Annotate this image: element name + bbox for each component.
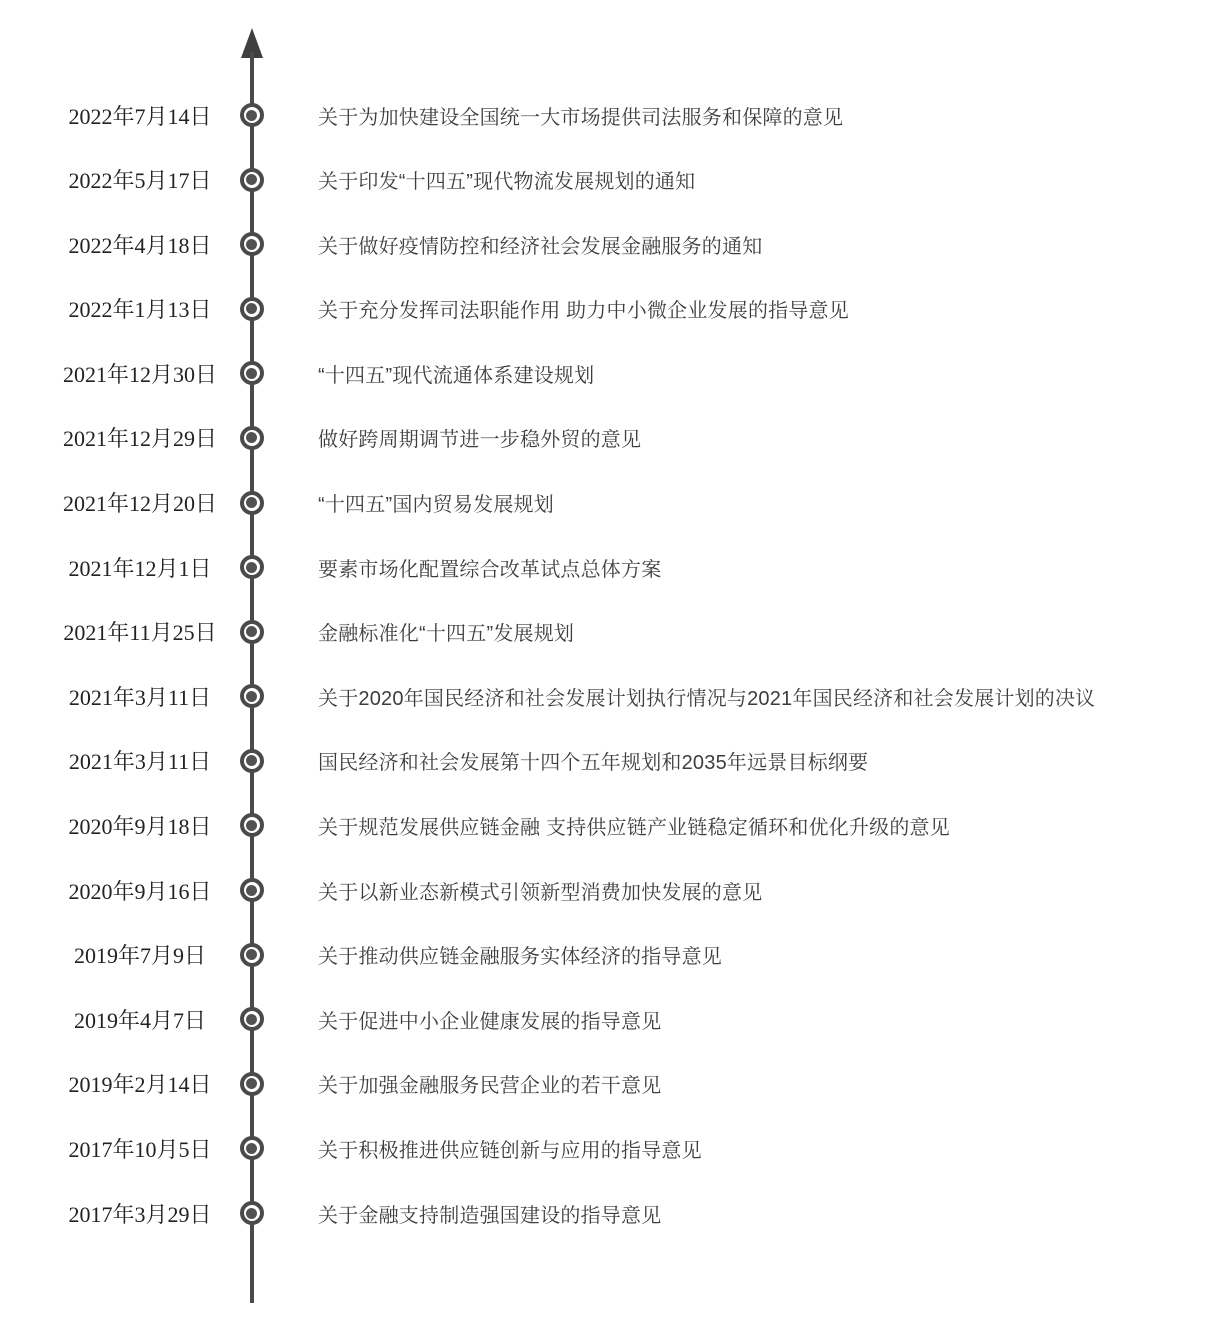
timeline-title-label: 关于积极推进供应链创新与应用的指导意见 — [318, 1134, 1189, 1163]
timeline-row: 2019年2月14日 关于加强金融服务民营企业的若干意见 — [0, 1052, 1209, 1116]
timeline-row: 2021年12月20日 “十四五”国内贸易发展规划 — [0, 471, 1209, 535]
timeline-node-icon — [240, 684, 264, 708]
timeline-title-label: 关于金融支持制造强国建设的指导意见 — [318, 1199, 1189, 1228]
timeline-date-label: 2022年5月17日 — [48, 164, 232, 195]
timeline-date-label: 2021年12月1日 — [48, 552, 232, 583]
timeline-row: 2019年4月7日 关于促进中小企业健康发展的指导意见 — [0, 987, 1209, 1051]
timeline-node-dot-icon — [246, 562, 257, 573]
timeline-title-label: 国民经济和社会发展第十四个五年规划和2035年远景目标纲要 — [318, 746, 1189, 775]
timeline-title-label: 关于加强金融服务民营企业的若干意见 — [318, 1069, 1189, 1098]
timeline-node-dot-icon — [246, 432, 257, 443]
timeline-node-icon — [240, 103, 264, 127]
timeline-node-icon — [240, 943, 264, 967]
timeline-node-icon — [240, 1072, 264, 1096]
timeline-node-icon — [240, 361, 264, 385]
timeline-title-label: 关于促进中小企业健康发展的指导意见 — [318, 1005, 1189, 1034]
timeline-node-dot-icon — [246, 691, 257, 702]
timeline-node-dot-icon — [246, 1014, 257, 1025]
timeline-row: 2021年12月30日 “十四五”现代流通体系建设规划 — [0, 341, 1209, 405]
timeline-row: 2022年4月18日 关于做好疫情防控和经济社会发展金融服务的通知 — [0, 212, 1209, 276]
timeline-node-dot-icon — [246, 174, 257, 185]
timeline-node-dot-icon — [246, 820, 257, 831]
timeline-node-dot-icon — [246, 1143, 257, 1154]
timeline-date-label: 2021年3月11日 — [48, 681, 232, 712]
timeline-node-dot-icon — [246, 110, 257, 121]
timeline-title-label: 做好跨周期调节进一步稳外贸的意见 — [318, 423, 1189, 452]
timeline-node-dot-icon — [246, 303, 257, 314]
timeline-row: 2019年7月9日 关于推动供应链金融服务实体经济的指导意见 — [0, 923, 1209, 987]
timeline-row: 2021年11月25日 金融标准化“十四五”发展规划 — [0, 600, 1209, 664]
timeline-date-label: 2020年9月18日 — [48, 810, 232, 841]
timeline-row: 2022年1月13日 关于充分发挥司法职能作用 助力中小微企业发展的指导意见 — [0, 277, 1209, 341]
timeline-row: 2022年5月17日 关于印发“十四五”现代物流发展规划的通知 — [0, 148, 1209, 212]
timeline-date-label: 2017年3月29日 — [48, 1198, 232, 1229]
timeline-node-icon — [240, 749, 264, 773]
timeline-title-label: 关于规范发展供应链金融 支持供应链产业链稳定循环和优化升级的意见 — [318, 811, 1189, 840]
timeline-node-icon — [240, 232, 264, 256]
timeline-node-icon — [240, 491, 264, 515]
timeline-row: 2021年3月11日 国民经济和社会发展第十四个五年规划和2035年远景目标纲要 — [0, 729, 1209, 793]
timeline-date-label: 2021年12月20日 — [48, 487, 232, 518]
timeline-node-icon — [240, 620, 264, 644]
timeline-title-label: 要素市场化配置综合改革试点总体方案 — [318, 553, 1189, 582]
timeline-node-dot-icon — [246, 368, 257, 379]
timeline-date-label: 2019年7月9日 — [48, 939, 232, 970]
timeline-node-dot-icon — [246, 755, 257, 766]
timeline-node-icon — [240, 1201, 264, 1225]
timeline-node-dot-icon — [246, 626, 257, 637]
timeline-date-label: 2022年7月14日 — [48, 100, 232, 131]
timeline-row: 2022年7月14日 关于为加快建设全国统一大市场提供司法服务和保障的意见 — [0, 83, 1209, 147]
timeline-row: 2020年9月18日 关于规范发展供应链金融 支持供应链产业链稳定循环和优化升级… — [0, 793, 1209, 857]
timeline-title-label: 关于为加快建设全国统一大市场提供司法服务和保障的意见 — [318, 101, 1189, 130]
timeline-node-icon — [240, 1007, 264, 1031]
timeline-title-label: “十四五”国内贸易发展规划 — [318, 488, 1189, 517]
timeline-node-icon — [240, 813, 264, 837]
timeline-date-label: 2021年11月25日 — [48, 616, 232, 647]
timeline-date-label: 2020年9月16日 — [48, 875, 232, 906]
timeline-row: 2017年3月29日 关于金融支持制造强国建设的指导意见 — [0, 1181, 1209, 1245]
timeline-node-dot-icon — [246, 885, 257, 896]
timeline-row: 2021年3月11日 关于2020年国民经济和社会发展计划执行情况与2021年国… — [0, 664, 1209, 728]
timeline-row: 2020年9月16日 关于以新业态新模式引领新型消费加快发展的意见 — [0, 858, 1209, 922]
timeline-title-label: “十四五”现代流通体系建设规划 — [318, 359, 1189, 388]
timeline-row: 2017年10月5日 关于积极推进供应链创新与应用的指导意见 — [0, 1116, 1209, 1180]
timeline-node-dot-icon — [246, 1078, 257, 1089]
timeline-date-label: 2021年12月29日 — [48, 422, 232, 453]
timeline-title-label: 关于印发“十四五”现代物流发展规划的通知 — [318, 165, 1189, 194]
timeline-title-label: 关于以新业态新模式引领新型消费加快发展的意见 — [318, 876, 1189, 905]
timeline-node-dot-icon — [246, 949, 257, 960]
timeline-title-label: 关于2020年国民经济和社会发展计划执行情况与2021年国民经济和社会发展计划的… — [318, 682, 1189, 711]
timeline-date-label: 2019年4月7日 — [48, 1004, 232, 1035]
timeline-canvas: 2022年7月14日 关于为加快建设全国统一大市场提供司法服务和保障的意见 20… — [0, 0, 1209, 1342]
timeline-node-icon — [240, 878, 264, 902]
timeline-row: 2021年12月1日 要素市场化配置综合改革试点总体方案 — [0, 535, 1209, 599]
timeline-node-dot-icon — [246, 1208, 257, 1219]
timeline-node-dot-icon — [246, 497, 257, 508]
timeline-date-label: 2021年3月11日 — [48, 745, 232, 776]
timeline-date-label: 2017年10月5日 — [48, 1133, 232, 1164]
timeline-node-icon — [240, 555, 264, 579]
timeline-row: 2021年12月29日 做好跨周期调节进一步稳外贸的意见 — [0, 406, 1209, 470]
timeline-title-label: 关于做好疫情防控和经济社会发展金融服务的通知 — [318, 230, 1189, 259]
timeline-node-icon — [240, 168, 264, 192]
timeline-title-label: 金融标准化“十四五”发展规划 — [318, 617, 1189, 646]
timeline-node-dot-icon — [246, 239, 257, 250]
timeline-title-label: 关于充分发挥司法职能作用 助力中小微企业发展的指导意见 — [318, 294, 1189, 323]
timeline-title-label: 关于推动供应链金融服务实体经济的指导意见 — [318, 940, 1189, 969]
timeline-node-icon — [240, 426, 264, 450]
timeline-date-label: 2022年4月18日 — [48, 229, 232, 260]
timeline-node-icon — [240, 1136, 264, 1160]
timeline-date-label: 2019年2月14日 — [48, 1068, 232, 1099]
timeline-date-label: 2021年12月30日 — [48, 358, 232, 389]
timeline-date-label: 2022年1月13日 — [48, 293, 232, 324]
timeline-node-icon — [240, 297, 264, 321]
